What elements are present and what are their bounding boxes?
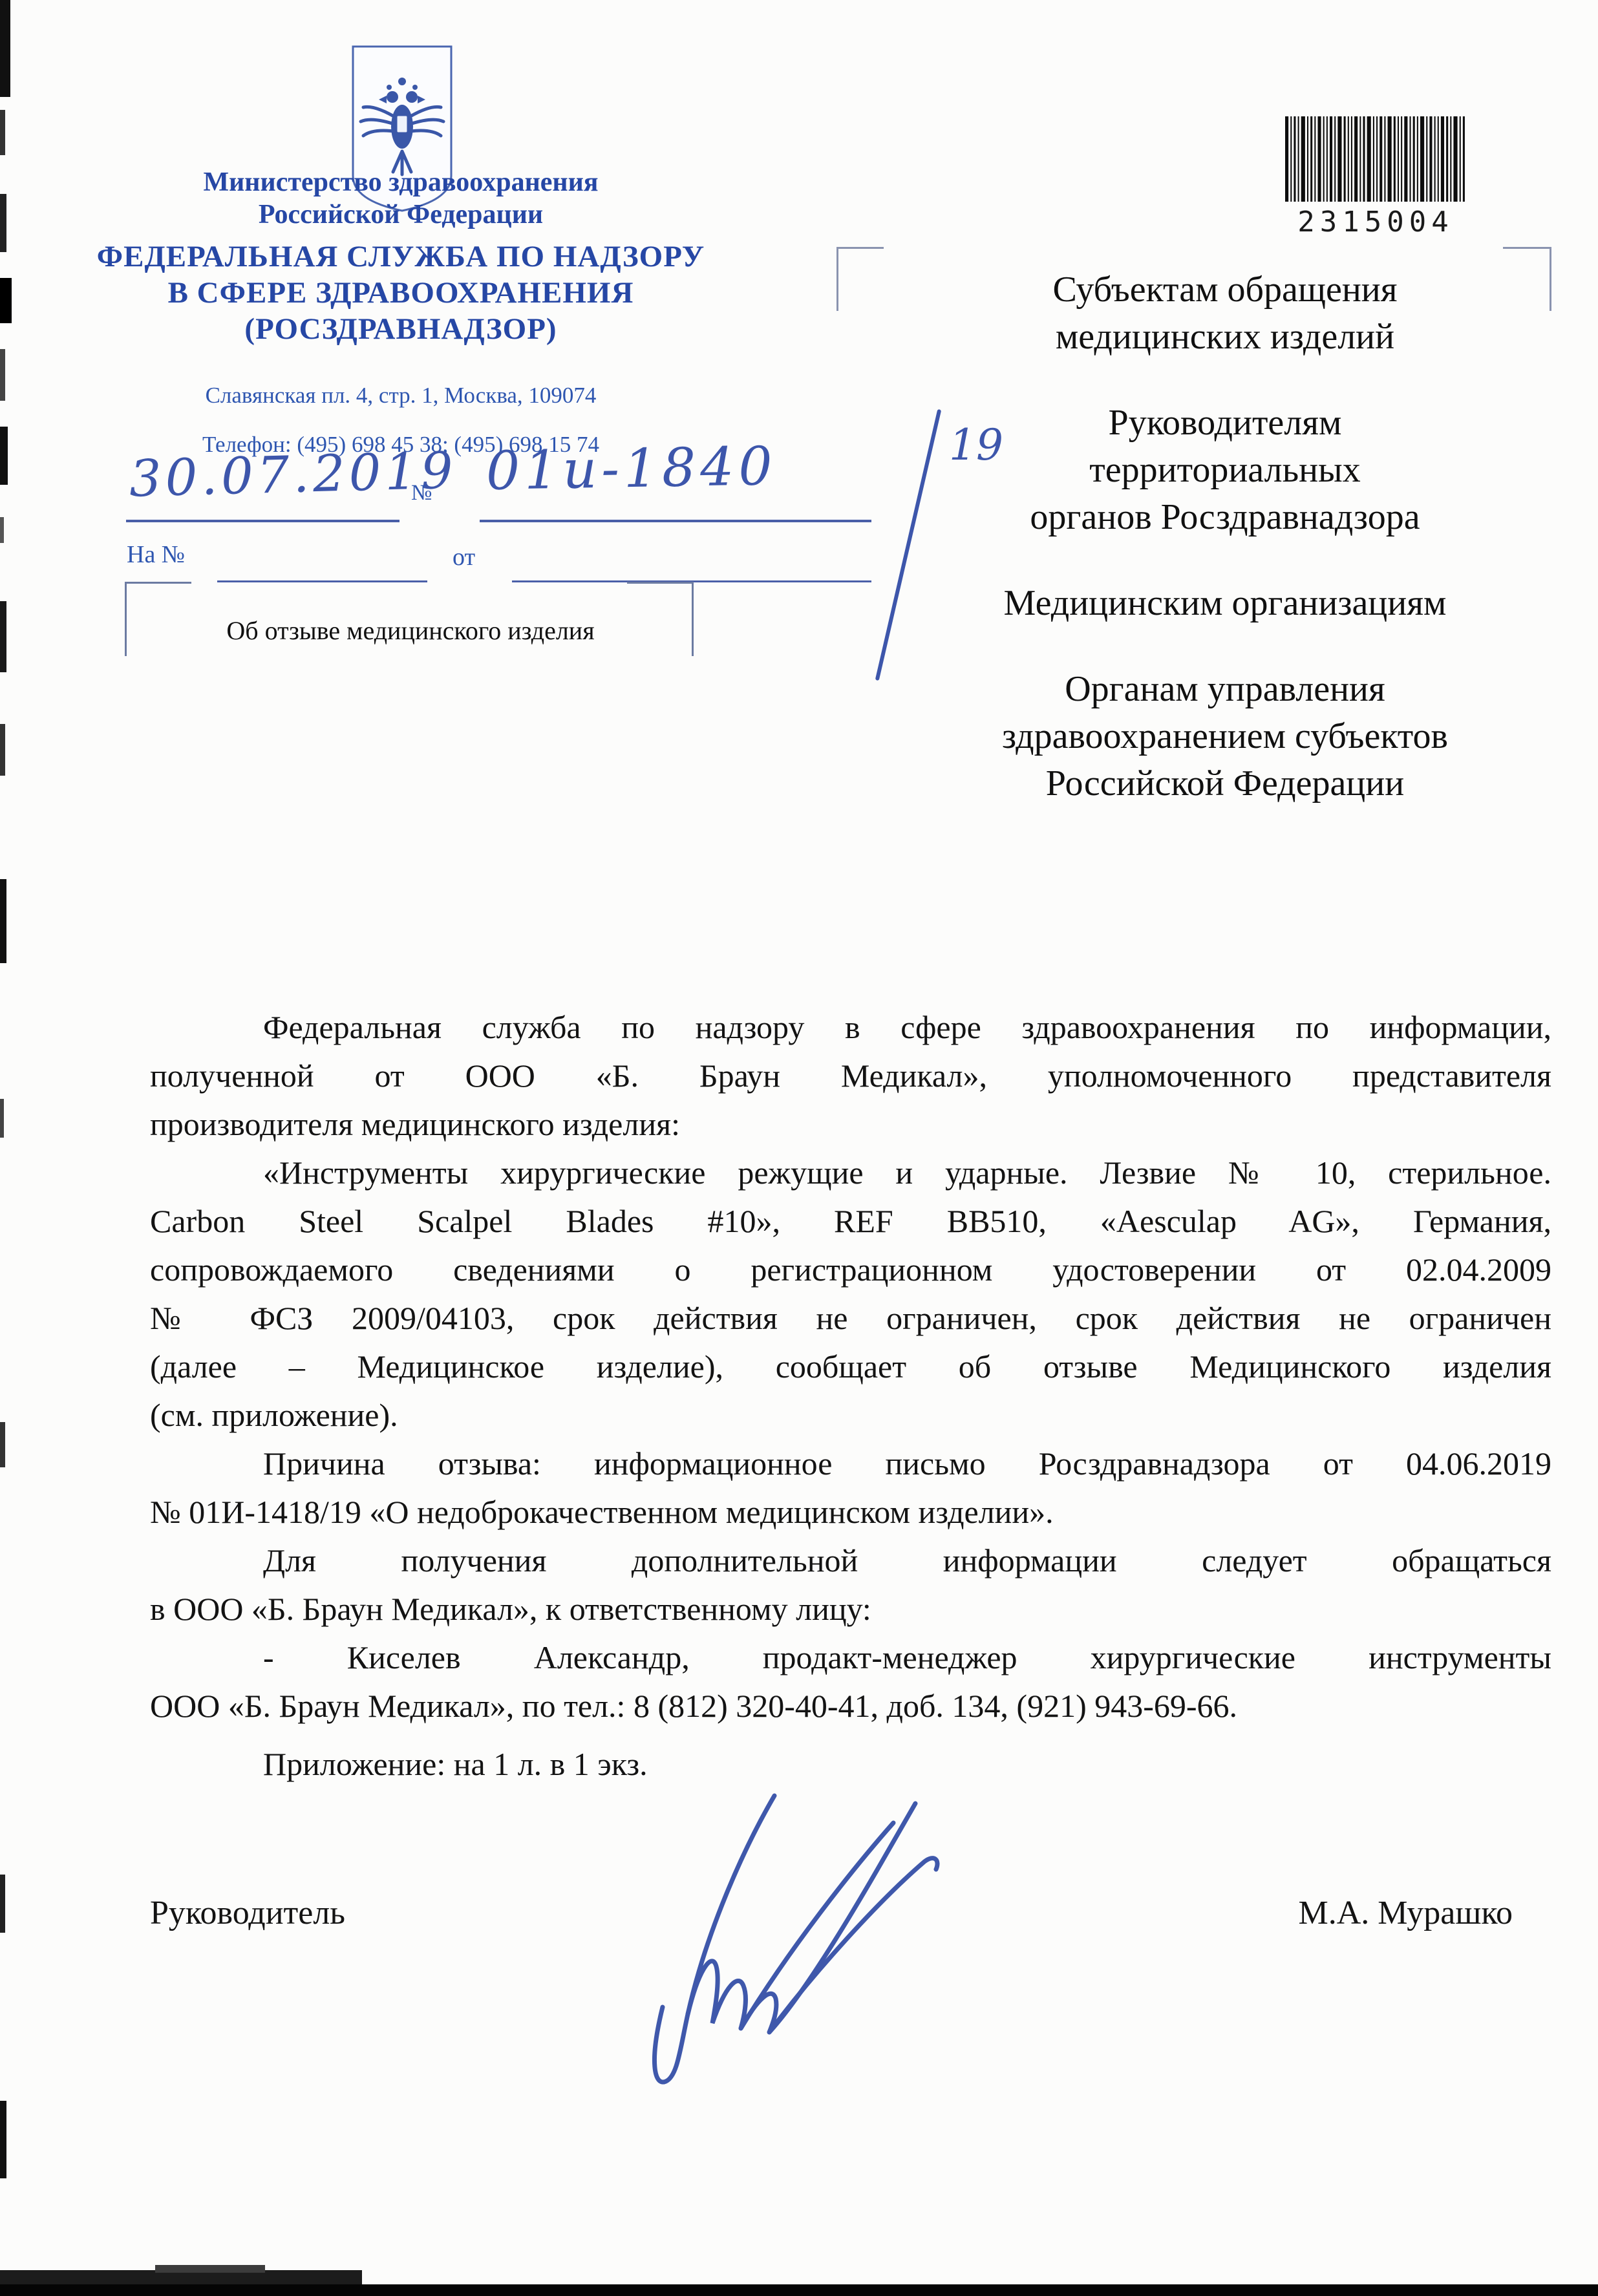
ministry-name-line1: Министерство здравоохранения	[78, 167, 724, 198]
ministry-name-line2: Российской Федерации	[78, 199, 724, 230]
body-line: Для получения дополнительной информации …	[150, 1536, 1551, 1585]
addressee-line: Руководителям	[905, 399, 1545, 447]
handwritten-date: 30.07.2019	[129, 441, 458, 508]
number-sign-label: №	[411, 481, 432, 505]
body-line: производителя медицинского изделия:	[150, 1100, 1551, 1149]
body-line: (далее – Медицинское изделие), сообщает …	[150, 1343, 1551, 1391]
service-name-line1: ФЕДЕРАЛЬНАЯ СЛУЖБА ПО НАДЗОРУ	[78, 239, 724, 274]
date-underline	[126, 520, 399, 522]
subject-line: Об отзыве медицинского изделия	[136, 615, 685, 646]
letter-body: Федеральная служба по надзору в сфере зд…	[150, 1003, 1551, 1730]
scan-artifact-bottom-notch	[155, 2265, 265, 2273]
letterhead-address: Славянская пл. 4, стр. 1, Москва, 109074	[78, 383, 724, 409]
signer-title: Руководитель	[150, 1894, 345, 1932]
handwritten-signature	[601, 1758, 1015, 2120]
addressee-line: медицинских изделий	[905, 314, 1545, 361]
addressee-block: Субъектам обращения медицинских изделий …	[905, 266, 1545, 807]
scan-artifact	[0, 1422, 5, 1467]
service-name-line2: В СФЕРЕ ЗДРАВООХРАНЕНИЯ	[78, 275, 724, 310]
scan-artifact	[0, 427, 8, 485]
body-line: (см. приложение).	[150, 1391, 1551, 1440]
number-underline	[480, 520, 871, 522]
body-line: в ООО «Б. Браун Медикал», к ответственно…	[150, 1585, 1551, 1633]
body-line: ООО «Б. Браун Медикал», по тел.: 8 (812)…	[150, 1682, 1551, 1730]
on-number-underline	[217, 580, 427, 582]
body-line: Причина отзыва: информационное письмо Ро…	[150, 1440, 1551, 1488]
scanned-letter-page: Министерство здравоохранения Российской …	[0, 0, 1598, 2296]
barcode-number: 2315004	[1285, 206, 1466, 239]
on-number-label: На №	[127, 540, 185, 569]
scan-artifact	[0, 601, 6, 672]
signer-name: М.А. Мурашко	[1228, 1894, 1513, 1932]
scan-artifact	[0, 1875, 5, 1933]
addressee-line: Медицинским организациям	[905, 580, 1545, 627]
scan-artifact	[0, 724, 5, 776]
scan-artifact	[0, 110, 5, 155]
scan-artifact	[0, 349, 5, 401]
body-line: Carbon Steel Scalpel Blades #10», REF BB…	[150, 1197, 1551, 1246]
addressee-corner-mark-left	[836, 247, 884, 311]
barcode	[1285, 116, 1466, 202]
body-line: № 01И-1418/19 «О недоброкачественном мед…	[150, 1488, 1551, 1536]
body-line: Федеральная служба по надзору в сфере зд…	[150, 1003, 1551, 1052]
addressee-line: здравоохранением субъектов	[905, 713, 1545, 760]
body-line: «Инструменты хирургические режущие и уда…	[150, 1149, 1551, 1197]
scan-artifact	[0, 2101, 6, 2178]
handwritten-number: 01и-1840	[485, 436, 777, 502]
body-line: - Киселев Александр, продакт-менеджер хи…	[150, 1633, 1551, 1682]
from-label: от	[453, 543, 475, 571]
body-line: полученной от ООО «Б. Браун Медикал», уп…	[150, 1052, 1551, 1100]
addressee-line: Органам управления	[905, 666, 1545, 713]
scan-artifact-bottom-strip	[0, 2284, 1598, 2296]
addressee-line: органов Росздравнадзора	[905, 494, 1545, 541]
service-name-line3: (РОСЗДРАВНАДЗОР)	[78, 312, 724, 346]
scan-artifact	[0, 1099, 4, 1138]
scan-artifact	[0, 278, 12, 323]
scan-artifact	[0, 517, 4, 543]
addressee-line: Российской Федерации	[905, 760, 1545, 807]
scan-artifact	[0, 879, 6, 963]
addressee-line: территориальных	[905, 447, 1545, 494]
body-line: № ФСЗ 2009/04103, срок действия не огран…	[150, 1294, 1551, 1343]
scan-artifact	[0, 0, 10, 97]
body-line: сопровождаемого сведениями о регистрацио…	[150, 1246, 1551, 1294]
addressee-line: Субъектам обращения	[905, 266, 1545, 314]
scan-artifact	[0, 194, 6, 252]
